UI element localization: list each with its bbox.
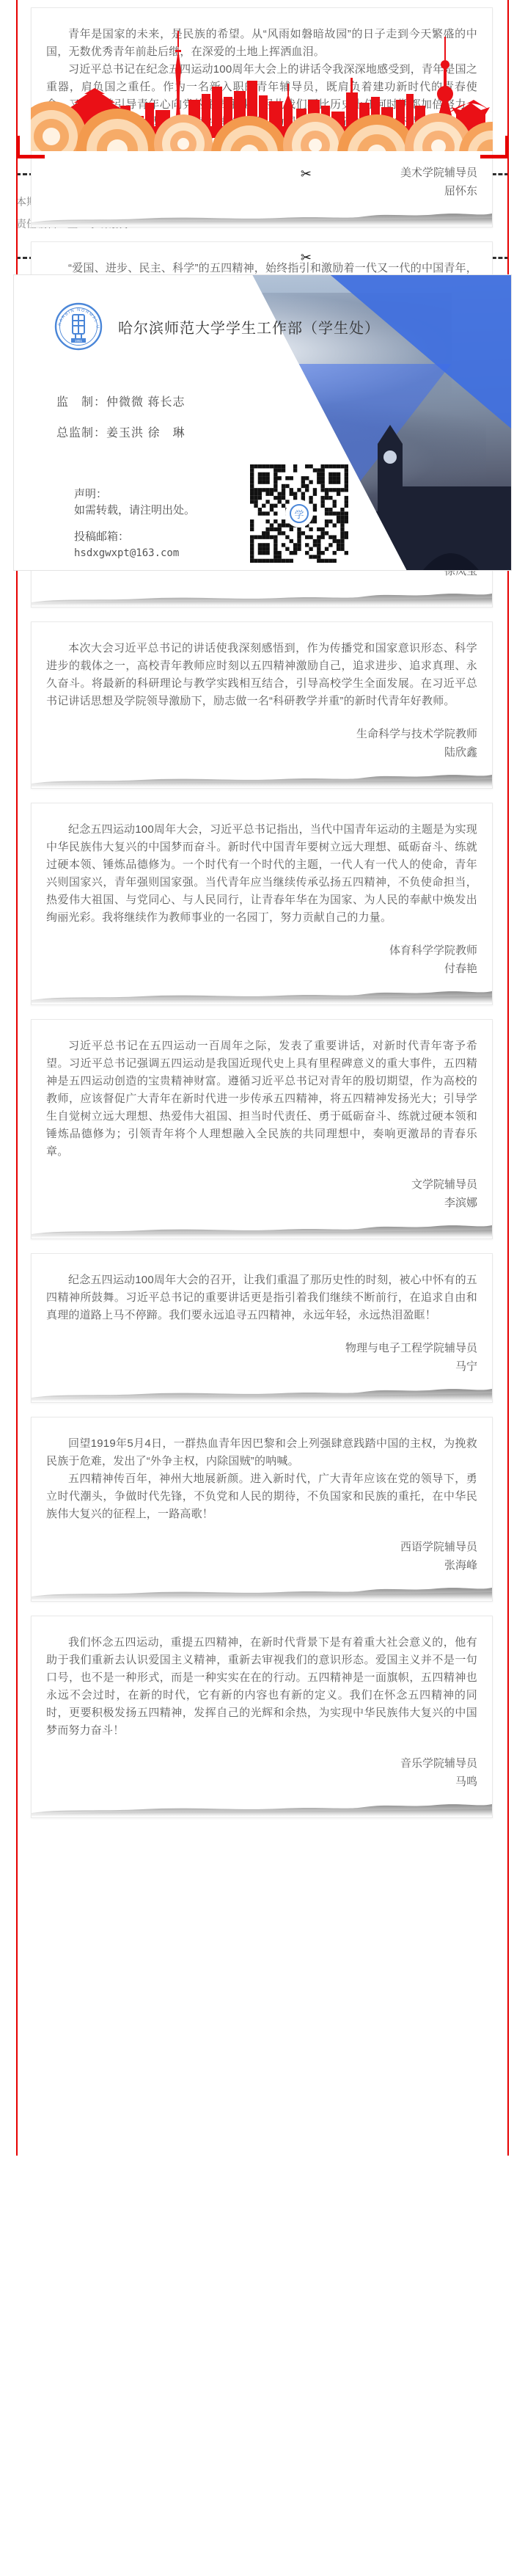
quote-paragraph: 回望1919年5月4日，一群热血青年因巴黎和会上列强肆意践踏中国的主权，为挽救民… <box>46 1435 477 1470</box>
clock-tower-silhouette <box>335 416 511 570</box>
article-page: 青年是国家的未来，是民族的希望。从“风雨如磐暗故园”的日子走到今天繁盛的中国，无… <box>0 0 525 2576</box>
submission-email: hsdxgwxpt@163.com <box>74 545 195 561</box>
ink-mountain-divider <box>32 1219 492 1238</box>
signature-role: 美术学院辅导员 <box>46 164 477 182</box>
signature-block: 西语学院辅导员 张海峰 <box>46 1538 477 1575</box>
ink-mountain-divider <box>32 208 492 227</box>
qr-code: 学 <box>250 464 348 563</box>
ink-mountain-divider <box>32 985 492 1004</box>
quote-paragraph: 本次大会习近平总书记的讲话使我深刻感悟到，作为传播党和国家意识形态、科学进步的载… <box>46 640 477 710</box>
ink-mountain-divider <box>32 1383 492 1402</box>
footer-title: 哈尔滨师范大学学生工作部（学生处） <box>118 316 380 337</box>
footer-card: HARBIN NORMAL UNIVERSITY 1951 哈尔滨师范大学学生工… <box>13 274 512 571</box>
quote-paragraphs: 我们怀念五四运动，重提五四精神，在新时代背景下是有着重大社会意义的，他有助于我们… <box>46 1634 477 1740</box>
ink-mountain-divider <box>32 588 492 607</box>
quote-card: 纪念五四运动100周年大会，习近平总书记指出，当代中国青年运动的主题是为实现中华… <box>31 803 493 1005</box>
quote-paragraph: 我们怀念五四运动，重提五四精神，在新时代背景下是有着重大社会意义的，他有助于我们… <box>46 1634 477 1740</box>
red-corner-bracket-right <box>480 136 509 158</box>
scissors-icon: ✂ <box>298 167 315 180</box>
quote-paragraphs: 纪念五四运动100周年大会，习近平总书记指出，当代中国青年运动的主题是为实现中华… <box>46 821 477 927</box>
quote-paragraph: 纪念五四运动100周年大会，习近平总书记指出，当代中国青年运动的主题是为实现中华… <box>46 821 477 927</box>
signature-role: 西语学院辅导员 <box>46 1538 477 1556</box>
signature-block: 音乐学院辅导员 马鸣 <box>46 1754 477 1791</box>
quote-paragraphs: 回望1919年5月4日，一群热血青年因巴黎和会上列强肆意践踏中国的主权，为挽救民… <box>46 1435 477 1523</box>
quote-card: 本次大会习近平总书记的讲话使我深刻感悟到，作为传播党和国家意识形态、科学进步的载… <box>31 621 493 789</box>
quote-paragraph: 五四精神传百年，神州大地展新颜。进入新时代，广大青年应该在党的领导下，勇立时代潮… <box>46 1470 477 1523</box>
red-corner-bracket-left <box>16 136 45 158</box>
supervisor-line: 监 制：仲微微 蒋长志 <box>56 393 185 409</box>
quote-card: 纪念五四运动100周年大会的召开，让我们重温了那历史性的时刻，被心中怀有的五四精… <box>31 1253 493 1403</box>
signature-name: 屈怀东 <box>46 182 477 200</box>
city-skyline-illustration <box>31 25 493 151</box>
signature-role: 体育科学学院教师 <box>46 941 477 960</box>
signature-block: 物理与电子工程学院辅导员 马宁 <box>46 1339 477 1376</box>
statement-text: 如需转载，请注明出处。 <box>74 503 195 519</box>
signature-block: 文学院辅导员 李滨娜 <box>46 1175 477 1212</box>
scissors-icon: ✂ <box>298 251 315 264</box>
signature-block: 体育科学学院教师 付春艳 <box>46 941 477 978</box>
quote-card: 习近平总书记在五四运动一百周年之际，发表了重要讲话，对新时代青年寄予希望。习近平… <box>31 1019 493 1239</box>
signature-name: 张海峰 <box>46 1556 477 1575</box>
signature-role: 音乐学院辅导员 <box>46 1754 477 1773</box>
ink-mountain-divider <box>32 769 492 788</box>
signature-name: 付春艳 <box>46 960 477 978</box>
quote-card: 我们怀念五四运动，重提五四精神，在新时代背景下是有着重大社会意义的，他有助于我们… <box>31 1616 493 1818</box>
ink-mountain-divider <box>32 1582 492 1601</box>
signature-name: 陆欣鑫 <box>46 743 477 762</box>
quote-card: 回望1919年5月4日，一群热血青年因巴黎和会上列强肆意践踏中国的主权，为挽救民… <box>31 1417 493 1602</box>
mini-seal-icon: 学 <box>290 504 309 523</box>
university-seal-logo: HARBIN NORMAL UNIVERSITY 1951 <box>54 302 103 351</box>
ink-mountain-divider <box>32 1798 492 1817</box>
signature-block: 美术学院辅导员 屈怀东 <box>46 164 477 200</box>
signature-role: 文学院辅导员 <box>46 1175 477 1194</box>
signature-block: 生命科学与技术学院教师 陆欣鑫 <box>46 725 477 762</box>
signature-role: 生命科学与技术学院教师 <box>46 725 477 743</box>
quote-paragraph: 习近平总书记在五四运动一百周年之际，发表了重要讲话，对新时代青年寄予希望。习近平… <box>46 1037 477 1161</box>
statement-block: 声明： 如需转载，请注明出处。 投稿邮箱： hsdxgwxpt@163.com <box>74 486 195 561</box>
quote-paragraph: 纪念五四运动100周年大会的召开，让我们重温了那历史性的时刻，被心中怀有的五四精… <box>46 1271 477 1324</box>
logo-year: 1951 <box>75 339 83 343</box>
email-label: 投稿邮箱： <box>74 529 195 545</box>
signature-name: 马鸣 <box>46 1773 477 1791</box>
qr-center-logo: 学 <box>287 501 312 526</box>
quote-paragraphs: 纪念五四运动100周年大会的召开，让我们重温了那历史性的时刻，被心中怀有的五四精… <box>46 1271 477 1324</box>
quote-paragraphs: 习近平总书记在五四运动一百周年之际，发表了重要讲话，对新时代青年寄予希望。习近平… <box>46 1037 477 1161</box>
chief-supervisor-line: 总监制：姜玉洪 徐 琳 <box>56 423 185 440</box>
signature-role: 物理与电子工程学院辅导员 <box>46 1339 477 1357</box>
skyline-svg <box>31 25 493 151</box>
signature-name: 马宁 <box>46 1357 477 1376</box>
signature-name: 李滨娜 <box>46 1194 477 1212</box>
statement-label: 声明： <box>74 486 195 503</box>
quote-paragraphs: 本次大会习近平总书记的讲话使我深刻感悟到，作为传播党和国家意识形态、科学进步的载… <box>46 640 477 710</box>
